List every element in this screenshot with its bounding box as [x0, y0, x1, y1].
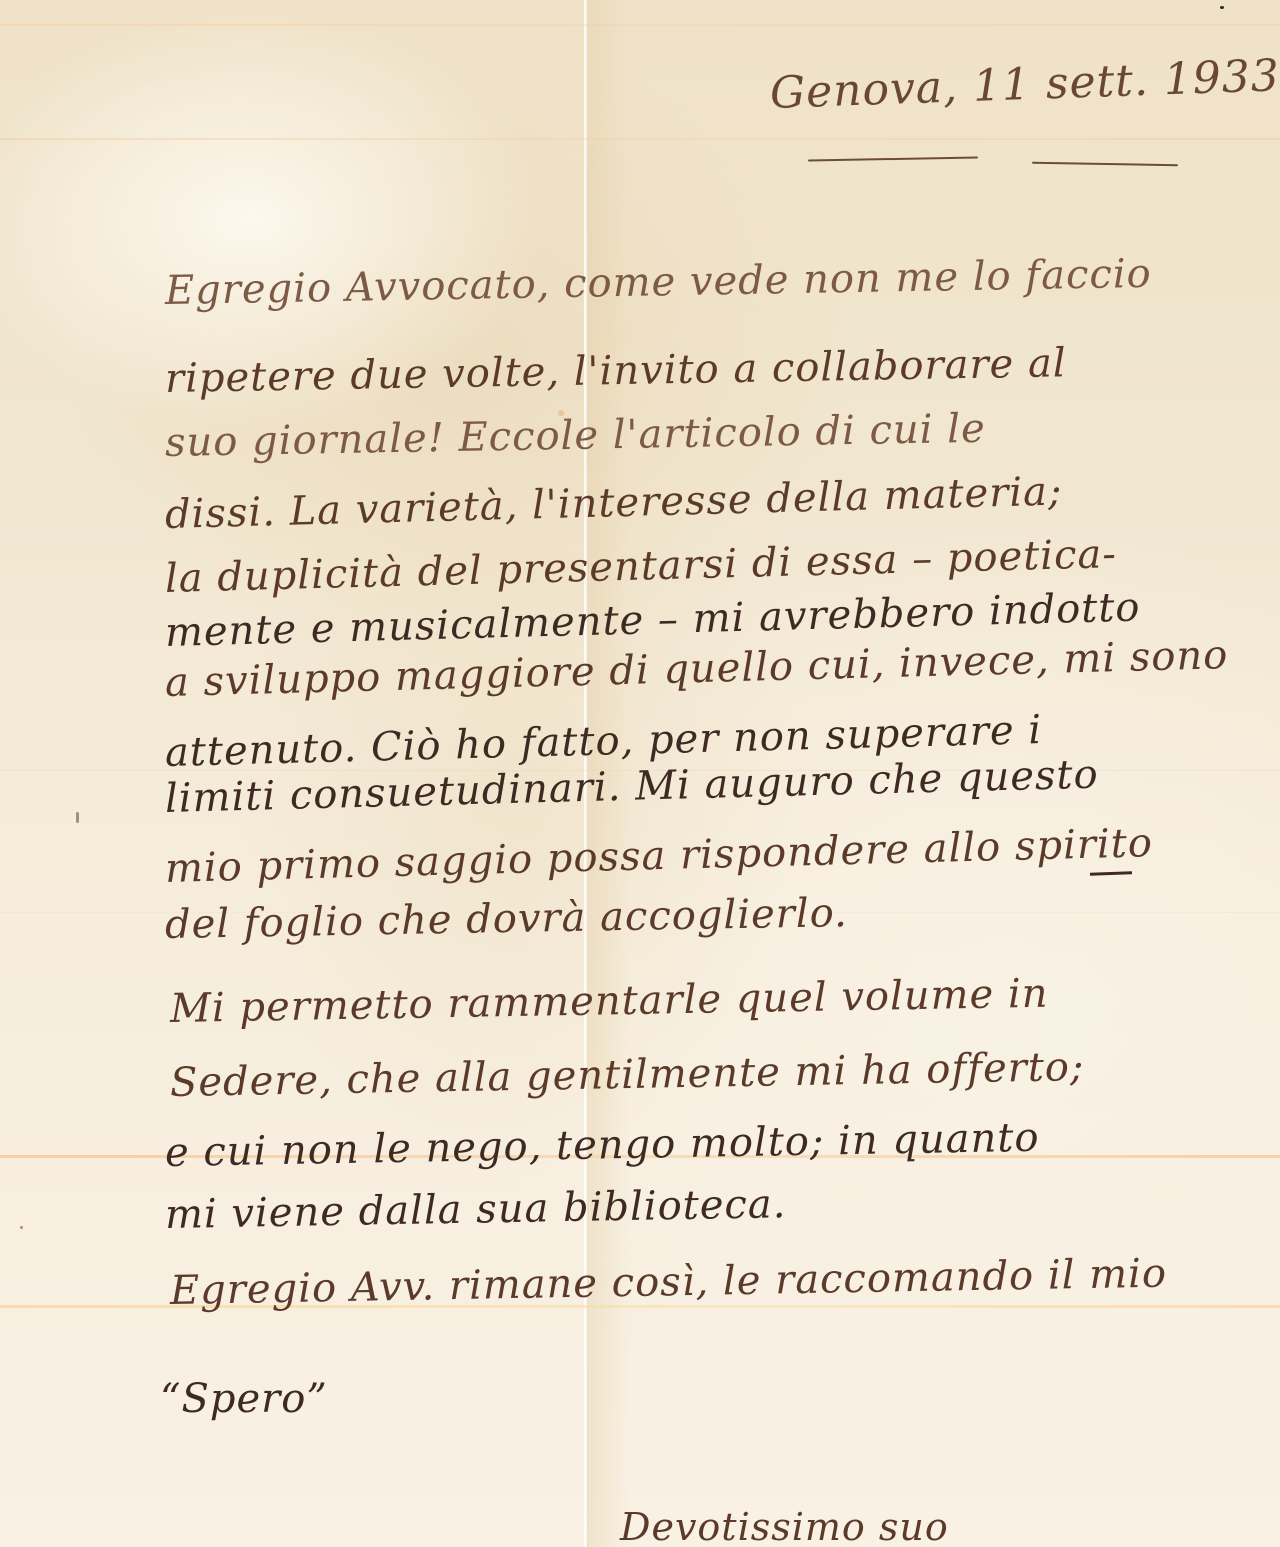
letter-line: ripetere due volte, l'invito a collabora…: [165, 340, 1067, 402]
letter-line: mi viene dalla sua biblioteca.: [165, 1181, 787, 1238]
letter-line: e cui non le nego, tengo molto; in quant…: [165, 1115, 1040, 1176]
signoff: Devotissimo suo: [620, 1505, 949, 1547]
place-date-heading: Genova, 11 sett. 1933: [769, 50, 1280, 119]
horizontal-crease: [0, 138, 1280, 140]
letter-line: Egregio Avvocato, come vede non me lo fa…: [165, 251, 1152, 314]
horizontal-crease: [0, 24, 1280, 26]
letter-line: Sedere, che alla gentilmente mi ha offer…: [170, 1044, 1085, 1106]
letter-line: del foglio che dovrà accoglierlo.: [165, 890, 848, 948]
ink-smudge-mark: [76, 812, 79, 823]
date-underline: [808, 157, 978, 162]
ink-dot-mark: [1220, 6, 1224, 9]
letter-line: Mi permetto rammentarle quel volume in: [170, 971, 1049, 1032]
quoted-title: “Spero”: [160, 1376, 328, 1422]
word-underline: [1090, 871, 1132, 875]
stain-dot: [20, 1226, 23, 1229]
letter-sheet: Genova, 11 sett. 1933 Egregio Avvocato, …: [0, 0, 1280, 1547]
letter-line: suo giornale! Eccole l'articolo di cui l…: [165, 406, 986, 466]
date-underline: [1032, 162, 1178, 167]
letter-line: mio primo saggio possa rispondere allo s…: [164, 820, 1153, 892]
